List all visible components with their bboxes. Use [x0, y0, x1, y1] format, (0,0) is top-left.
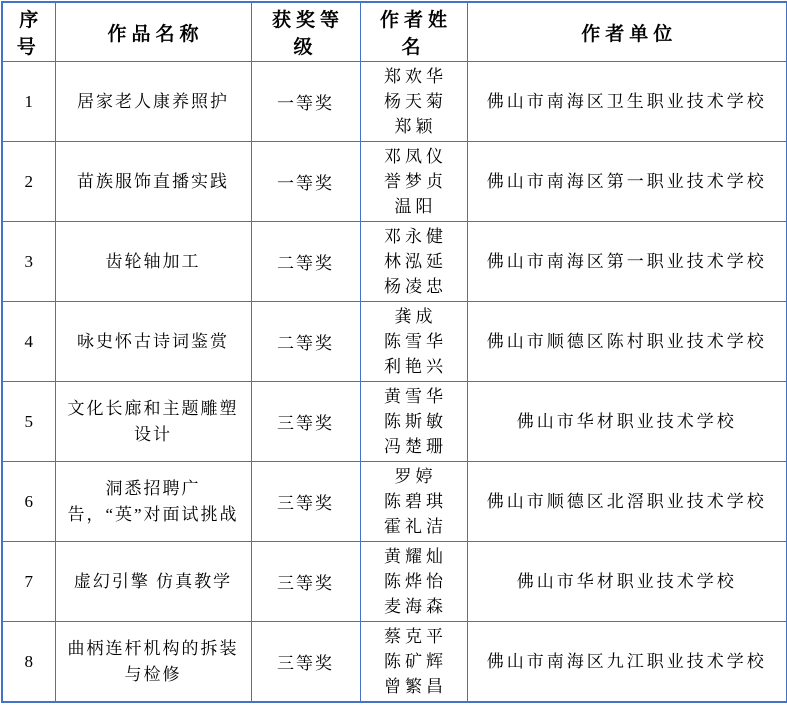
cell-author-organization: 佛山市南海区第一职业技术学校 — [467, 222, 787, 302]
author-name: 誉梦贞 — [367, 169, 461, 194]
author-name: 利艳兴 — [367, 354, 461, 379]
table-body: 1 居家老人康养照护 一等奖 郑欢华杨天菊郑颖 佛山市南海区卫生职业技术学校 2… — [2, 62, 787, 703]
cell-author-organization: 佛山市顺德区陈村职业技术学校 — [467, 302, 787, 382]
cell-index: 7 — [2, 542, 55, 622]
cell-index: 1 — [2, 62, 55, 142]
author-name: 温阳 — [367, 194, 461, 219]
cell-index: 8 — [2, 622, 55, 703]
cell-award-level: 二等奖 — [251, 222, 360, 302]
cell-author-organization: 佛山市南海区卫生职业技术学校 — [467, 62, 787, 142]
cell-award-level: 一等奖 — [251, 142, 360, 222]
header-author-organization: 作者单位 — [467, 2, 787, 62]
awards-table: 序号 作品名称 获奖等级 作者姓名 作者单位 1 居家老人康养照护 一等奖 郑欢… — [1, 1, 787, 703]
table-row: 4 咏史怀古诗词鉴赏 二等奖 龚成陈雪华利艳兴 佛山市顺德区陈村职业技术学校 — [2, 302, 787, 382]
cell-author-names: 黄雪华陈斯敏冯楚珊 — [360, 382, 467, 462]
author-name: 曾繁昌 — [367, 674, 461, 699]
cell-award-level: 三等奖 — [251, 462, 360, 542]
author-name: 陈雪华 — [367, 329, 461, 354]
header-index: 序号 — [2, 2, 55, 62]
table-row: 1 居家老人康养照护 一等奖 郑欢华杨天菊郑颖 佛山市南海区卫生职业技术学校 — [2, 62, 787, 142]
cell-author-names: 罗婷陈碧琪霍礼洁 — [360, 462, 467, 542]
cell-author-names: 龚成陈雪华利艳兴 — [360, 302, 467, 382]
author-name: 黄雪华 — [367, 384, 461, 409]
cell-author-organization: 佛山市顺德区北滘职业技术学校 — [467, 462, 787, 542]
author-name: 杨凌忠 — [367, 274, 461, 299]
table-row: 6 洞悉招聘广告，“英”对面试挑战 三等奖 罗婷陈碧琪霍礼洁 佛山市顺德区北滘职… — [2, 462, 787, 542]
cell-award-level: 一等奖 — [251, 62, 360, 142]
cell-work-title: 曲柄连杆机构的拆装与检修 — [55, 622, 251, 703]
header-row: 序号 作品名称 获奖等级 作者姓名 作者单位 — [2, 2, 787, 62]
table-row: 3 齿轮轴加工 二等奖 邓永健林泓延杨凌忠 佛山市南海区第一职业技术学校 — [2, 222, 787, 302]
cell-author-names: 黄耀灿陈烨怡麦海森 — [360, 542, 467, 622]
cell-work-title: 齿轮轴加工 — [55, 222, 251, 302]
table-row: 5 文化长廊和主题雕塑设计 三等奖 黄雪华陈斯敏冯楚珊 佛山市华材职业技术学校 — [2, 382, 787, 462]
author-name: 麦海森 — [367, 594, 461, 619]
author-name: 邓永健 — [367, 224, 461, 249]
cell-award-level: 三等奖 — [251, 542, 360, 622]
author-name: 郑欢华 — [367, 64, 461, 89]
author-name: 罗婷 — [367, 464, 461, 489]
author-name: 郑颖 — [367, 114, 461, 139]
cell-work-title: 居家老人康养照护 — [55, 62, 251, 142]
author-name: 陈斯敏 — [367, 409, 461, 434]
table-row: 2 苗族服饰直播实践 一等奖 邓凤仪誉梦贞温阳 佛山市南海区第一职业技术学校 — [2, 142, 787, 222]
cell-author-names: 蔡克平陈矿辉曾繁昌 — [360, 622, 467, 703]
cell-author-organization: 佛山市南海区九江职业技术学校 — [467, 622, 787, 703]
awards-table-container: 序号 作品名称 获奖等级 作者姓名 作者单位 1 居家老人康养照护 一等奖 郑欢… — [0, 0, 787, 705]
cell-author-names: 邓永健林泓延杨凌忠 — [360, 222, 467, 302]
header-author-names: 作者姓名 — [360, 2, 467, 62]
author-name: 霍礼洁 — [367, 514, 461, 539]
cell-work-title: 苗族服饰直播实践 — [55, 142, 251, 222]
cell-award-level: 三等奖 — [251, 622, 360, 703]
cell-author-organization: 佛山市南海区第一职业技术学校 — [467, 142, 787, 222]
author-name: 陈矿辉 — [367, 649, 461, 674]
cell-work-title: 咏史怀古诗词鉴赏 — [55, 302, 251, 382]
author-name: 陈烨怡 — [367, 569, 461, 594]
cell-index: 2 — [2, 142, 55, 222]
author-name: 龚成 — [367, 304, 461, 329]
header-award-level: 获奖等级 — [251, 2, 360, 62]
author-name: 蔡克平 — [367, 624, 461, 649]
cell-author-organization: 佛山市华材职业技术学校 — [467, 382, 787, 462]
table-row: 7 虚幻引擎 仿真教学 三等奖 黄耀灿陈烨怡麦海森 佛山市华材职业技术学校 — [2, 542, 787, 622]
cell-award-level: 三等奖 — [251, 382, 360, 462]
header-work-title: 作品名称 — [55, 2, 251, 62]
cell-index: 4 — [2, 302, 55, 382]
author-name: 黄耀灿 — [367, 544, 461, 569]
cell-work-title: 虚幻引擎 仿真教学 — [55, 542, 251, 622]
table-row: 8 曲柄连杆机构的拆装与检修 三等奖 蔡克平陈矿辉曾繁昌 佛山市南海区九江职业技… — [2, 622, 787, 703]
cell-author-names: 郑欢华杨天菊郑颖 — [360, 62, 467, 142]
cell-award-level: 二等奖 — [251, 302, 360, 382]
cell-index: 3 — [2, 222, 55, 302]
cell-index: 5 — [2, 382, 55, 462]
cell-index: 6 — [2, 462, 55, 542]
cell-author-names: 邓凤仪誉梦贞温阳 — [360, 142, 467, 222]
author-name: 邓凤仪 — [367, 144, 461, 169]
cell-author-organization: 佛山市华材职业技术学校 — [467, 542, 787, 622]
cell-work-title: 洞悉招聘广告，“英”对面试挑战 — [55, 462, 251, 542]
author-name: 陈碧琪 — [367, 489, 461, 514]
author-name: 杨天菊 — [367, 89, 461, 114]
cell-work-title: 文化长廊和主题雕塑设计 — [55, 382, 251, 462]
author-name: 冯楚珊 — [367, 434, 461, 459]
author-name: 林泓延 — [367, 249, 461, 274]
